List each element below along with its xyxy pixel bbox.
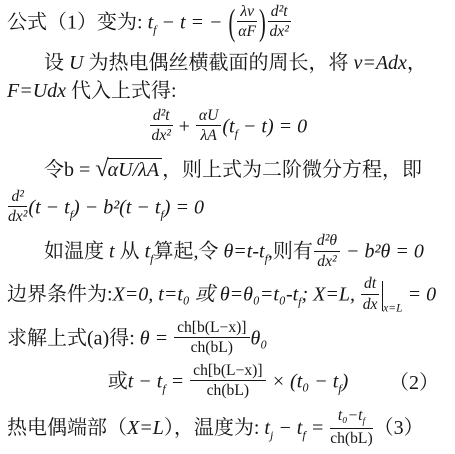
numerator: ch[b(L−x)] [190,362,265,381]
line3-text: 代入上式得: [66,80,177,102]
fraction-ch: ch[b(L−x)]ch(bL) [189,362,266,400]
line-boundary-conditions: 边界条件为:X=0, t=t₀ 或 θ=θ₀=t₀-tf; X=L, dtdxx… [7,277,449,316]
line7-text-b: 从 [115,241,145,263]
eq3-equals: = [306,417,330,439]
denominator: ch(bL) [330,429,372,447]
fraction-d2t-dx2: d²tdx² [149,107,174,145]
eq3-minus: − t [273,417,302,439]
numerator: d²θ [314,232,340,251]
line10-text-a: 或 [108,370,128,392]
eq2-close: ) [342,370,349,392]
var-U: U [69,52,83,74]
math-v-eq-Adx: v=Adx [353,52,406,74]
line-junction-temperature: 热电偶端部（X=L），温度为: tj − tf = t₀−tfch(bL)（3） [7,409,449,450]
line9-label: 求解上式(a)得: [7,328,140,350]
numerator: d² [8,188,27,207]
numerator-text: t₀−t [338,407,363,424]
fraction-t0-tf-chbL: t₀−tfch(bL) [329,407,373,448]
fraction-d2t-dx2: d²tdx² [267,3,292,41]
line11-text-a: 热电偶端部（ [7,417,127,439]
square-root: √αU/λA [95,159,162,181]
line8-label: 边界条件为: [7,284,113,306]
boundary-math-2: ; X=L, [302,284,361,306]
eq2-rhs: × (t₀ − t [267,370,339,392]
equation-number-2: （2） [389,370,439,396]
right-paren: ) [258,0,267,48]
math-theta-equals: θ = [140,328,173,350]
line1-equals: − t = − [156,12,222,34]
denominator: αF [237,22,257,40]
boundary-math-1: X=0, t=t₀ 或 θ=θ₀=t₀-t [113,284,299,306]
denominator: dx² [8,207,27,225]
math-F-eq-Udx: F=Udx [7,80,66,102]
numerator: d²t [268,3,291,22]
line-formula1-transform: 公式（1）变为: tf − t = − (λvαF)d²tdx² [7,5,449,43]
math-X-eq-L: X=L [127,417,164,439]
document-page: 公式（1）变为: tf − t = − (λvαF)d²tdx² 设 U 为热电… [0,0,455,454]
fraction-dt-dx: dtdx [360,275,380,313]
denominator: ch(bL) [174,338,249,356]
line11-text-b: ），温度为: [164,417,265,439]
eq2-equals: = [166,370,190,392]
fraction-alphaU-lambdaA: αUλA [195,107,222,145]
line7-text-a: 如温度 [44,241,109,263]
fraction-lambdav-alphaF: λvαF [236,3,258,41]
fraction-d2theta-dx2: d²θdx² [313,232,341,270]
line1-label: 公式（1）变为: [7,12,148,34]
eq-tail: = 0 [403,284,437,306]
numerator: ch[b(L−x)] [174,319,249,338]
line2-text-b: 为热电偶丝横截面的周长，将 [83,52,353,74]
line7-text-d: ,则有 [268,241,313,263]
math-theta-def: θ=t-t [223,241,264,263]
subscript-f: f [362,417,365,427]
denominator: dx² [314,252,340,270]
numerator: d²t [150,107,173,126]
line7-text-c: 算起,令 [153,241,223,263]
line-theta-definition: 如温度 t 从 tf算起,令 θ=t-tf,则有d²θdx² − b²θ = 0 [7,234,449,272]
eq2-lhs: t − t [128,370,163,392]
line-substitution: F=Udx 代入上式得: [7,78,449,104]
eq-part1: (t − t [28,196,69,218]
theta-zero: θ₀ [251,328,268,350]
eq-part3: ) = 0 [164,196,204,218]
numerator: dt [361,275,379,294]
line5-text-b: ，则上式为二阶微分方程，即 [162,159,422,181]
line-let-b: 令b = √αU/λA，则上式为二阶微分方程，即 [7,153,449,185]
plus-sign: + [179,115,190,137]
denominator: ch(bL) [190,381,265,399]
eq-part2: ) − b²(t − t [73,196,160,218]
denominator: dx² [150,126,173,144]
denominator: dx [361,295,379,313]
denominator: dx² [268,22,291,40]
left-paren: ( [228,0,237,48]
fraction-ch: ch[b(L−x)]ch(bL) [173,319,250,357]
equation-number-3: （3） [374,417,424,439]
math-b-equals: b = [64,159,95,181]
display-equation-2: 或t − tf = ch[b(L−x)]ch(bL) × (t₀ − tf) （… [7,364,449,402]
numerator: λv [237,3,257,22]
denominator: λA [196,126,221,144]
eq-tail-close: − t) = 0 [238,115,307,137]
limit-subscript: x=L [383,302,402,315]
eq-tail: − b²θ = 0 [341,241,424,263]
fraction-d2-dx2: d²dx² [7,188,28,226]
line5-text-a: 令 [44,159,64,181]
radicand: αU/λA [107,158,162,181]
line-solution: 求解上式(a)得: θ = ch[b(L−x)]ch(bL)θ₀ [7,321,449,359]
line2-comma: ， [407,52,427,74]
display-equation-ode: d²tdx² + αUλA(tf − t) = 0 [7,109,449,147]
numerator: αU [196,107,221,126]
line2-text-a: 设 [44,52,69,74]
line-perimeter-definition: 设 U 为热电偶丝横截面的周长，将 v=Adx， [7,50,449,76]
eq-tail-open: (t [222,115,234,137]
numerator: t₀−tf [330,407,372,430]
display-equation-second-order: d²dx²(t − tf) − b²(t − tf) = 0 [7,190,449,228]
